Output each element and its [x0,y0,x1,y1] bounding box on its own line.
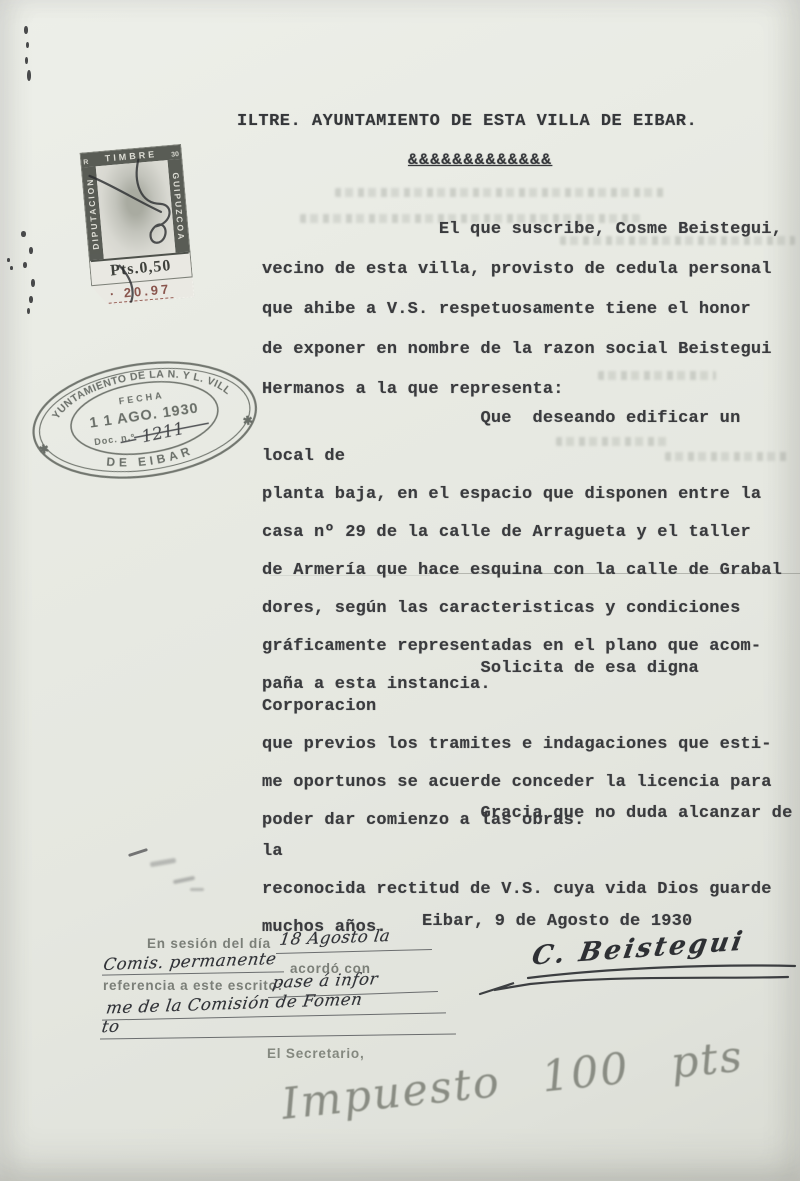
handwritten-resolution-1: pase á infor [271,969,379,992]
revenue-stamp: R TIMBRE 30 DIPUTACION GUIPUZCOA Pts.0,5… [79,144,194,306]
pencil-smudge [150,858,176,867]
handwritten-resolution-3: to [101,1017,121,1037]
handwritten-session-date: 18 Agosto la [278,926,391,949]
star-icon: ✱ [242,413,254,428]
oval-stamp-fecha-label: FECHA [118,390,165,406]
ink-speck [23,262,27,268]
document-title: ILTRE. AYUNTAMIENTO DE ESTA VILLA DE EIB… [237,112,697,132]
pencil-smudge [190,888,204,891]
secretary-label: El Secretario, [267,1046,365,1062]
ink-speck [29,247,33,254]
paragraph-1: El que suscribe, Cosme Beistegui, vecino… [262,210,800,410]
ink-bleedthrough [335,188,665,197]
ink-speck [26,42,29,48]
oval-stamp-doc-label: Doc. n.º [94,432,136,448]
ink-speck [10,266,13,270]
ink-speck [25,57,28,64]
handwriting-underline [100,1034,456,1040]
signature-flourish [470,928,800,1012]
ink-speck [21,231,26,237]
pen-cancellation-strokes [73,137,203,312]
municipal-date-stamp: AYUNTAMIENTO DE LA N. Y L. VILLA DE EIBA… [4,334,287,510]
ink-speck [31,279,35,287]
ink-speck [27,308,30,314]
handwritten-committee: Comis. permanente [102,949,278,974]
pencil-smudge [128,848,148,857]
handwriting-underline [276,949,432,954]
star-icon: ✱ [38,442,50,457]
session-stamp-reference: referencia a este escrito: [103,978,283,994]
signature: C. Beistegui [470,928,800,1012]
ink-speck [29,296,33,303]
ink-speck [24,26,28,34]
pencil-smudge [173,876,195,884]
ink-speck [7,258,10,262]
document-page: ILTRE. AYUNTAMIENTO DE ESTA VILLA DE EIB… [0,0,800,1181]
title-underline-flourish: &&&&&&&&&&&&& [408,150,552,170]
ink-speck [27,70,31,81]
